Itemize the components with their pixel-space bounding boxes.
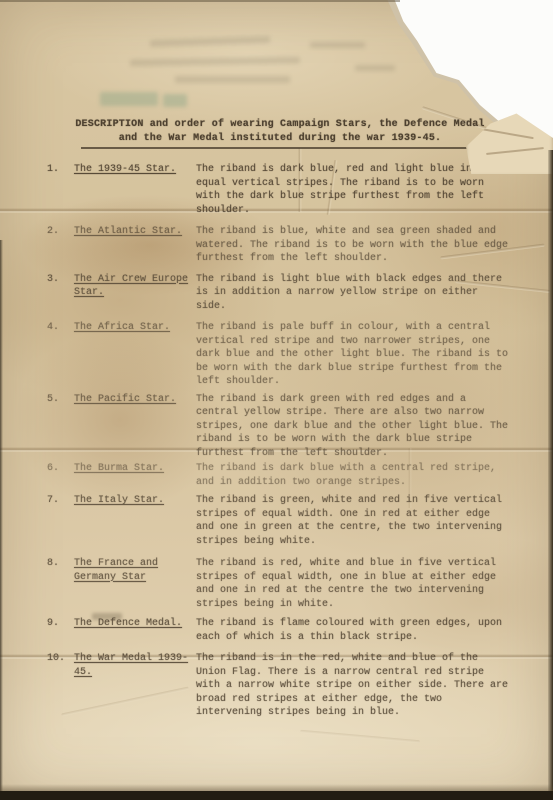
- document-title: DESCRIPTION and order of wearing Campaig…: [54, 118, 506, 149]
- list-item-france-germany-star: 8. The France and Germany Star The riban…: [40, 557, 520, 611]
- item-number: 4.: [40, 321, 74, 389]
- item-number: 10.: [40, 652, 74, 720]
- flap-crease-2: [486, 147, 544, 155]
- page-top-edge: [0, 0, 400, 2]
- ghost-mark-4: [310, 42, 365, 48]
- list-item-atlantic-star: 2. The Atlantic Star. The riband is blue…: [40, 225, 520, 266]
- item-description: The riband is dark blue with a central r…: [196, 462, 514, 489]
- page-bottom-shadow: [0, 784, 553, 791]
- item-description: The riband is in the red, white and blue…: [196, 652, 514, 720]
- page-bottom-edge: [0, 791, 553, 800]
- item-description: The riband is red, white and blue in fiv…: [196, 557, 514, 611]
- item-description: The riband is blue, white and sea green …: [196, 225, 514, 266]
- item-number: 5.: [40, 393, 74, 461]
- item-description: The riband is dark blue, red and light b…: [196, 163, 514, 217]
- medal-list: 1. The 1939-45 Star. The riband is dark …: [40, 163, 520, 720]
- item-label: The Burma Star.: [74, 462, 196, 489]
- item-description: The riband is light blue with black edge…: [196, 273, 514, 314]
- item-label: The Africa Star.: [74, 321, 196, 389]
- item-label: The France and Germany Star: [74, 557, 196, 611]
- item-description: The riband is pale buff in colour, with …: [196, 321, 514, 389]
- item-number: 2.: [40, 225, 74, 266]
- list-item-1939-45-star: 1. The 1939-45 Star. The riband is dark …: [40, 163, 520, 217]
- page-right-edge: [548, 150, 553, 800]
- item-label: The Italy Star.: [74, 494, 196, 548]
- list-item-burma-star: 6. The Burma Star. The riband is dark bl…: [40, 462, 520, 489]
- item-number: 9.: [40, 617, 74, 644]
- typed-content: DESCRIPTION and order of wearing Campaig…: [40, 118, 520, 720]
- item-label: The Pacific Star.: [74, 393, 196, 461]
- item-description: The riband is dark green with red edges …: [196, 393, 514, 461]
- item-description: The riband is green, white and red in fi…: [196, 494, 514, 548]
- list-item-air-crew-europe-star: 3. The Air Crew Europe Star. The riband …: [40, 273, 520, 314]
- title-line-1: DESCRIPTION and order of wearing Campaig…: [75, 119, 484, 130]
- list-item-italy-star: 7. The Italy Star. The riband is green, …: [40, 494, 520, 548]
- list-item-war-medal: 10. The War Medal 1939-45. The riband is…: [40, 652, 520, 720]
- page-left-edge: [0, 240, 3, 800]
- handwritten-smudge: [92, 613, 122, 620]
- faint-green-stamp: [100, 92, 158, 106]
- title-line-2: and the War Medal instituted during the …: [81, 132, 479, 149]
- ghost-mark-5: [355, 65, 395, 71]
- item-label: The War Medal 1939-45.: [74, 652, 196, 720]
- faint-green-stamp-2: [163, 94, 187, 107]
- list-item-pacific-star: 5. The Pacific Star. The riband is dark …: [40, 393, 520, 461]
- item-description: The riband is flame coloured with green …: [196, 617, 514, 644]
- list-item-defence-medal: 9. The Defence Medal. The riband is flam…: [40, 617, 520, 644]
- scanned-document-page: DESCRIPTION and order of wearing Campaig…: [0, 0, 553, 800]
- item-number: 3.: [40, 273, 74, 314]
- item-label: The Atlantic Star.: [74, 225, 196, 266]
- ghost-mark-3: [175, 76, 290, 83]
- item-label: The Air Crew Europe Star.: [74, 273, 196, 314]
- list-item-africa-star: 4. The Africa Star. The riband is pale b…: [40, 321, 520, 389]
- item-number: 8.: [40, 557, 74, 611]
- item-number: 6.: [40, 462, 74, 489]
- item-label: The Defence Medal.: [74, 617, 196, 644]
- item-number: 1.: [40, 163, 74, 217]
- item-label: The 1939-45 Star.: [74, 163, 196, 217]
- item-number: 7.: [40, 494, 74, 548]
